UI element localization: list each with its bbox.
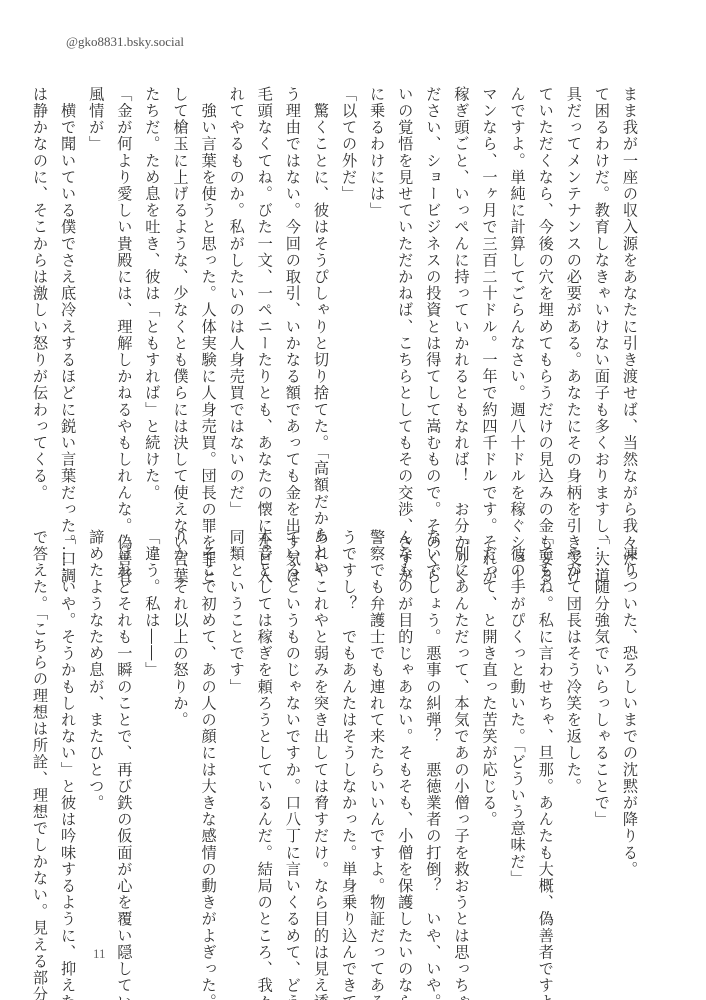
- text-line: ないでしょう。悪事の糾弾？ 悪徳業者の打倒？ いや、いや。そ: [419, 529, 447, 929]
- text-line: れてやるものか。私がしたいのは人身売買ではないのだ」: [223, 86, 251, 471]
- text-line: いの覚悟を見せていただかねば、こちらとしてもその交渉、さすが: [391, 86, 419, 471]
- text-line: て困るわけだ。教育しなきゃいけない面子も多くおりますし、大道: [588, 86, 616, 471]
- text-line: 「……いや。そうかもしれない」と彼は吟味するように、抑えた声: [54, 529, 82, 929]
- text-line: は静かなのに、そこからは激しい怒りが伝わってくる。: [26, 86, 54, 471]
- text-block-lower: 凍りついた、恐ろしいまでの沈黙が降りる。 「……随分強気でいらっしゃることで」 …: [54, 529, 644, 929]
- text-line: 彼の手がぴくっと動いた。「どういう意味だ」: [504, 529, 532, 929]
- text-line: やがて団長はそう冷笑を返した。: [560, 529, 588, 929]
- text-line: ていただくなら、今後の穴を埋めてもらうだけの見込みの金も要る: [532, 86, 560, 471]
- text-line: ださい、ショービジネスの投資とは得てして嵩むもので。そのくら: [419, 86, 447, 471]
- text-line: まま我が一座の収入源をあなたに引き渡せば、当然ながら我々だっ: [616, 86, 644, 471]
- page-number: 11: [93, 946, 106, 962]
- text-line: んなものが目的じゃあない。そもそも、小僧を保護したいのなら、: [391, 529, 419, 929]
- text-line: 風情が」: [82, 86, 110, 471]
- text-block-upper: まま我が一座の収入源をあなたに引き渡せば、当然ながら我々だっ て困るわけだ。教育…: [54, 86, 644, 471]
- text-line: 本音としては稼ぎを頼ろうとしているんだ。結局のところ、我々は: [251, 529, 279, 929]
- text-line: で答えた。「こちらの理想は所詮、理想でしかない。見える部分で: [26, 529, 54, 929]
- text-line: ているというものじゃないですか。口八丁に言いくるめて、どうせ: [279, 529, 307, 929]
- author-handle: @gko8831.bsky.social: [66, 34, 184, 50]
- text-line: んですよ。単純に計算してごらんなさい。週八十ドルを稼ぐショー: [504, 86, 532, 471]
- text-line: 具だってメンテナンスの必要がある。あなたにその身柄を引き受け: [560, 86, 588, 471]
- text-line: 驚くことに、彼はそうぴしゃりと切り捨てた。「高額だからとい: [307, 86, 335, 471]
- text-line: 諦めたようなため息が、またひとつ。: [82, 529, 110, 929]
- text-line: けれどそれも一瞬のことで、再び鉄の仮面が心を覆い隠していた。: [110, 529, 138, 929]
- text-line: 同類ということです」: [223, 529, 251, 929]
- text-line: 強い言葉を使うと思った。人体実験に人身売買。団長の罪を罪と: [195, 86, 223, 471]
- text-line: だって、と開き直った苦笑が応じる。: [475, 529, 503, 929]
- text-line: 警察でも弁護士でも連れて来たらいいんですよ。物証だってあるそ: [363, 529, 391, 929]
- text-line: 横で聞いている僕でさえ底冷えするほどに鋭い言葉だった。口調: [54, 86, 82, 471]
- text-line: 「以ての外だ」: [335, 86, 363, 471]
- text-line: うですし？ でもあんたはそうしなかった。単身乗り込んできて、: [335, 529, 363, 929]
- text-line: そこで初めて、あの人の顔には大きな感情の動きがよぎった。焦: [195, 529, 223, 929]
- text-line: 凍りついた、恐ろしいまでの沈黙が降りる。: [616, 529, 644, 929]
- text-line: 「……随分強気でいらっしゃることで」: [588, 529, 616, 929]
- text-line: 「でもね。私に言わせちゃ、旦那。あんたも大概、偽善者ですよ」: [532, 529, 560, 929]
- text-line: う理由ではない。今回の取引、いかなる額であっても金を出す気は: [279, 86, 307, 471]
- text-line: 「別にあんただって、本気であの小僧っ子を救おうとは思っちゃい: [447, 529, 475, 929]
- text-line: 稼ぎ頭ごと、いっぺんに持っていかれるともなれば！ お分かりく: [447, 86, 475, 471]
- text-line: に乗るわけには」: [363, 86, 391, 471]
- text-line: たちだ。ため息を吐き、彼は「ともすれば」と続けた。: [138, 86, 166, 471]
- text-line: 「金が何より愛しい貴殿には、理解しかねるやもしれんな。偽善者: [110, 86, 138, 471]
- text-line: あれやこれやと弱みを突き出しては脅すだけ。なら目的は見え透い: [307, 529, 335, 929]
- text-line: 毛頭なくてね。びた一文、一ペニーたりとも、あなたの懐になど入: [251, 86, 279, 471]
- text-line: 「違う。私は――」: [138, 529, 166, 929]
- text-line: りか、それ以上の怒りか。: [166, 529, 194, 929]
- text-line: マンなら、一ヶ月で三百二十ドル。一年で約四千ドルです。それが: [475, 86, 503, 471]
- text-line: して槍玉に上げるような、少なくとも僕らには決して使えない言葉: [166, 86, 194, 471]
